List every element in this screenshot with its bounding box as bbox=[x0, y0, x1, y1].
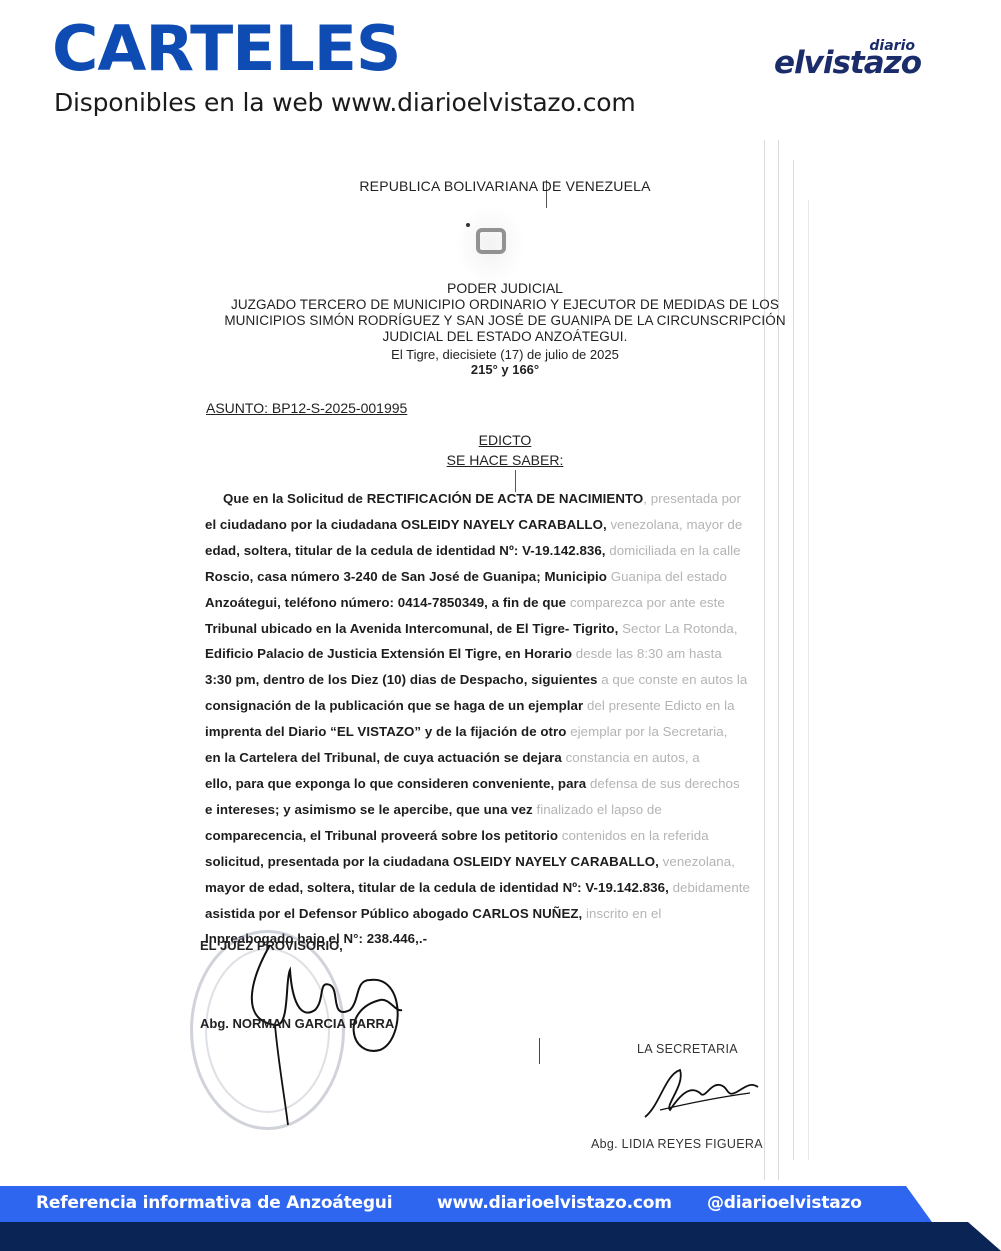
edict-text-legible: mayor de edad, soltera, titular de la ce… bbox=[205, 880, 673, 895]
edict-text-faded: Sector La Rotonda, bbox=[622, 621, 737, 636]
edict-text-faded: desde las 8:30 am hasta bbox=[576, 646, 722, 661]
edict-body-line: asistida por el Defensor Público abogado… bbox=[205, 901, 817, 927]
coat-of-arms-icon bbox=[476, 228, 506, 254]
edict-text-faded: a que conste en autos la bbox=[601, 672, 747, 687]
edict-text-faded: , presentada por bbox=[643, 491, 741, 506]
secretary-title: LA SECRETARIA bbox=[637, 1042, 738, 1056]
secretary-signature bbox=[640, 1065, 770, 1125]
scan-artifact-line bbox=[539, 1038, 540, 1064]
edict-body-line: edad, soltera, titular de la cedula de i… bbox=[205, 538, 817, 564]
edict-body: Que en la Solicitud de RECTIFICACIÓN DE … bbox=[205, 486, 817, 952]
edict-text-legible: en la Cartelera del Tribunal, de cuya ac… bbox=[205, 750, 566, 765]
document-era: 215° y 166° bbox=[190, 362, 820, 377]
page-subtitle: Disponibles en la web www.diarioelvistaz… bbox=[54, 88, 636, 117]
edict-text-legible: Roscio, casa número 3-240 de San José de… bbox=[205, 569, 611, 584]
edict-text-faded: inscrito en el bbox=[586, 906, 661, 921]
logo-main-text: elvistazo bbox=[774, 48, 921, 79]
edict-body-line: consignación de la publicación que se ha… bbox=[205, 693, 817, 719]
edict-text-legible: comparecencia, el Tribunal proveerá sobr… bbox=[205, 828, 562, 843]
court-line: JUDICIAL DEL ESTADO ANZOÁTEGUI. bbox=[190, 329, 820, 345]
edict-text-legible: Tribunal ubicado en la Avenida Intercomu… bbox=[205, 621, 622, 636]
secretary-name: Abg. LIDIA REYES FIGUERA bbox=[591, 1137, 763, 1151]
court-line: JUZGADO TERCERO DE MUNICIPIO ORDINARIO Y… bbox=[190, 297, 820, 313]
edict-body-line: Roscio, casa número 3-240 de San José de… bbox=[205, 564, 817, 590]
document-date: El Tigre, diecisiete (17) de julio de 20… bbox=[190, 347, 820, 362]
edict-text-faded: del presente Edicto en la bbox=[587, 698, 735, 713]
edict-body-line: imprenta del Diario “EL VISTAZO” y de la… bbox=[205, 719, 817, 745]
edict-body-line: Anzoátegui, teléfono número: 0414-785034… bbox=[205, 590, 817, 616]
edict-text-legible: solicitud, presentada por la ciudadana O… bbox=[205, 854, 663, 869]
page-title: CARTELES bbox=[52, 18, 400, 80]
edict-text-legible: Anzoátegui, teléfono número: 0414-785034… bbox=[205, 595, 570, 610]
edict-text-legible: imprenta del Diario “EL VISTAZO” y de la… bbox=[205, 724, 570, 739]
edict-body-line: Tribunal ubicado en la Avenida Intercomu… bbox=[205, 616, 817, 642]
judge-signature bbox=[230, 940, 430, 1130]
edict-text-legible: asistida por el Defensor Público abogado… bbox=[205, 906, 586, 921]
edict-body-line: solicitud, presentada por la ciudadana O… bbox=[205, 849, 817, 875]
se-hace-saber-heading: SE HACE SABER: bbox=[190, 452, 820, 468]
edict-text-faded: Guanipa del estado bbox=[611, 569, 727, 584]
poder-judicial-heading: PODER JUDICIAL bbox=[190, 280, 820, 296]
edict-text-legible: el ciudadano por la ciudadana OSLEIDY NA… bbox=[205, 517, 610, 532]
republic-heading: REPUBLICA BOLIVARIANA DE VENEZUELA bbox=[190, 178, 820, 194]
judge-name: Abg. NORMAN GARCIA PARRA. bbox=[200, 1016, 398, 1031]
edict-body-line: mayor de edad, soltera, titular de la ce… bbox=[205, 875, 817, 901]
edict-text-legible: consignación de la publicación que se ha… bbox=[205, 698, 587, 713]
edict-body-line: Edificio Palacio de Justicia Extensión E… bbox=[205, 641, 817, 667]
edict-text-faded: comparezca por ante este bbox=[570, 595, 725, 610]
footer-social-handle[interactable]: @diarioelvistazo bbox=[707, 1193, 862, 1213]
edict-text-faded: venezolana, bbox=[663, 854, 735, 869]
edict-text-faded: finalizado el lapso de bbox=[536, 802, 661, 817]
court-line: MUNICIPIOS SIMÓN RODRÍGUEZ Y SAN JOSÉ DE… bbox=[190, 313, 820, 329]
edict-text-legible: ello, para que exponga lo que consideren… bbox=[205, 776, 590, 791]
brand-logo: diario elvistazo bbox=[774, 36, 949, 86]
edict-text-legible: Edificio Palacio de Justicia Extensión E… bbox=[205, 646, 576, 661]
edict-text-faded: contenidos en la referida bbox=[562, 828, 709, 843]
edict-text-faded: venezolana, mayor de bbox=[610, 517, 742, 532]
footer-website-link[interactable]: www.diarioelvistazo.com bbox=[437, 1193, 672, 1213]
edict-body-line: comparecencia, el Tribunal proveerá sobr… bbox=[205, 823, 817, 849]
edict-body-line: 3:30 pm, dentro de los Diez (10) dias de… bbox=[205, 667, 817, 693]
case-number: ASUNTO: BP12-S-2025-001995 bbox=[206, 400, 407, 416]
edict-text-faded: debidamente bbox=[673, 880, 750, 895]
scanned-edict-document: REPUBLICA BOLIVARIANA DE VENEZUELA PODER… bbox=[0, 140, 1001, 1180]
edict-text-faded: defensa de sus derechos bbox=[590, 776, 740, 791]
edict-body-line: Que en la Solicitud de RECTIFICACIÓN DE … bbox=[205, 486, 817, 512]
footer-tagline: Referencia informativa de Anzoátegui bbox=[36, 1193, 392, 1213]
emblem-dot bbox=[466, 223, 470, 227]
court-name: JUZGADO TERCERO DE MUNICIPIO ORDINARIO Y… bbox=[190, 297, 820, 345]
edict-text-faded: constancia en autos, a bbox=[566, 750, 700, 765]
edict-body-line: ello, para que exponga lo que consideren… bbox=[205, 771, 817, 797]
edict-body-line: el ciudadano por la ciudadana OSLEIDY NA… bbox=[205, 512, 817, 538]
footer-band-navy bbox=[0, 1222, 1001, 1251]
edict-text-legible: Que en la Solicitud de RECTIFICACIÓN DE … bbox=[223, 491, 643, 506]
edict-text-faded: domiciliada en la calle bbox=[609, 543, 740, 558]
edict-text-legible: edad, soltera, titular de la cedula de i… bbox=[205, 543, 609, 558]
edict-text-legible: e intereses; y asimismo se le apercibe, … bbox=[205, 802, 536, 817]
edicto-heading: EDICTO bbox=[190, 432, 820, 448]
edict-body-line: en la Cartelera del Tribunal, de cuya ac… bbox=[205, 745, 817, 771]
edict-text-legible: 3:30 pm, dentro de los Diez (10) dias de… bbox=[205, 672, 601, 687]
edict-body-line: e intereses; y asimismo se le apercibe, … bbox=[205, 797, 817, 823]
edict-text-faded: ejemplar por la Secretaria, bbox=[570, 724, 727, 739]
